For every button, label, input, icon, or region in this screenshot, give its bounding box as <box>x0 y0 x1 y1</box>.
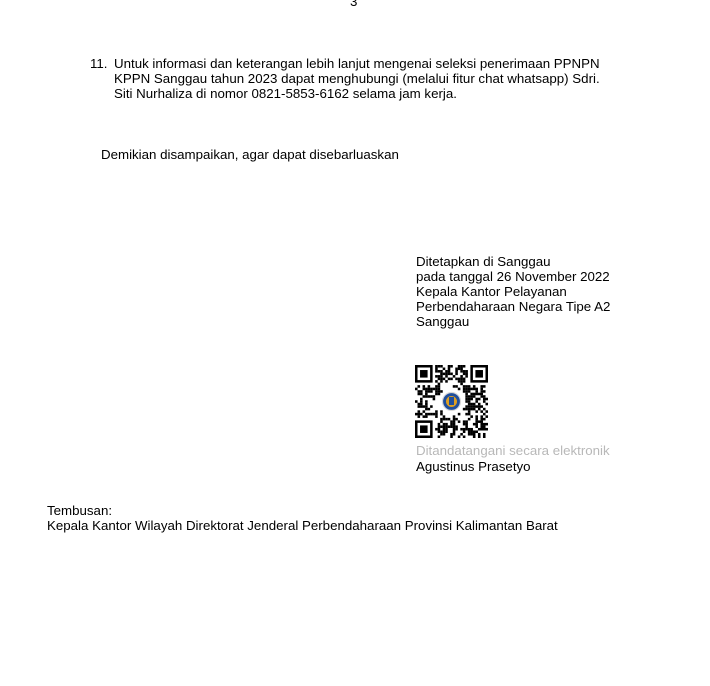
list-item-number: 11. <box>90 56 108 71</box>
list-item-line: Siti Nurhaliza di nomor 0821-5853-6162 s… <box>114 86 600 101</box>
signature-date: pada tanggal 26 November 2022 <box>416 269 610 284</box>
carbon-copy-section: Tembusan: Kepala Kantor Wilayah Direktor… <box>47 503 558 533</box>
signature-title-line: Sanggau <box>416 314 610 329</box>
signer-name: Agustinus Prasetyo <box>416 459 531 474</box>
signature-title-line: Kepala Kantor Pelayanan <box>416 284 610 299</box>
list-item-line: KPPN Sanggau tahun 2023 dapat menghubung… <box>114 71 600 86</box>
carbon-copy-recipient: Kepala Kantor Wilayah Direktorat Jendera… <box>47 518 558 533</box>
signature-place: Ditetapkan di Sanggau <box>416 254 610 269</box>
closing-statement: Demikian disampaikan, agar dapat disebar… <box>101 147 399 162</box>
signature-block: Ditetapkan di Sanggau pada tanggal 26 No… <box>416 254 610 329</box>
list-item-line: Untuk informasi dan keterangan lebih lan… <box>114 56 600 71</box>
signature-title-line: Perbendaharaan Negara Tipe A2 <box>416 299 610 314</box>
carbon-copy-label: Tembusan: <box>47 503 558 518</box>
page-number: 3 <box>350 0 357 9</box>
electronic-signature-note: Ditandatangani secara elektronik <box>416 443 610 458</box>
qr-code-icon <box>415 365 488 438</box>
